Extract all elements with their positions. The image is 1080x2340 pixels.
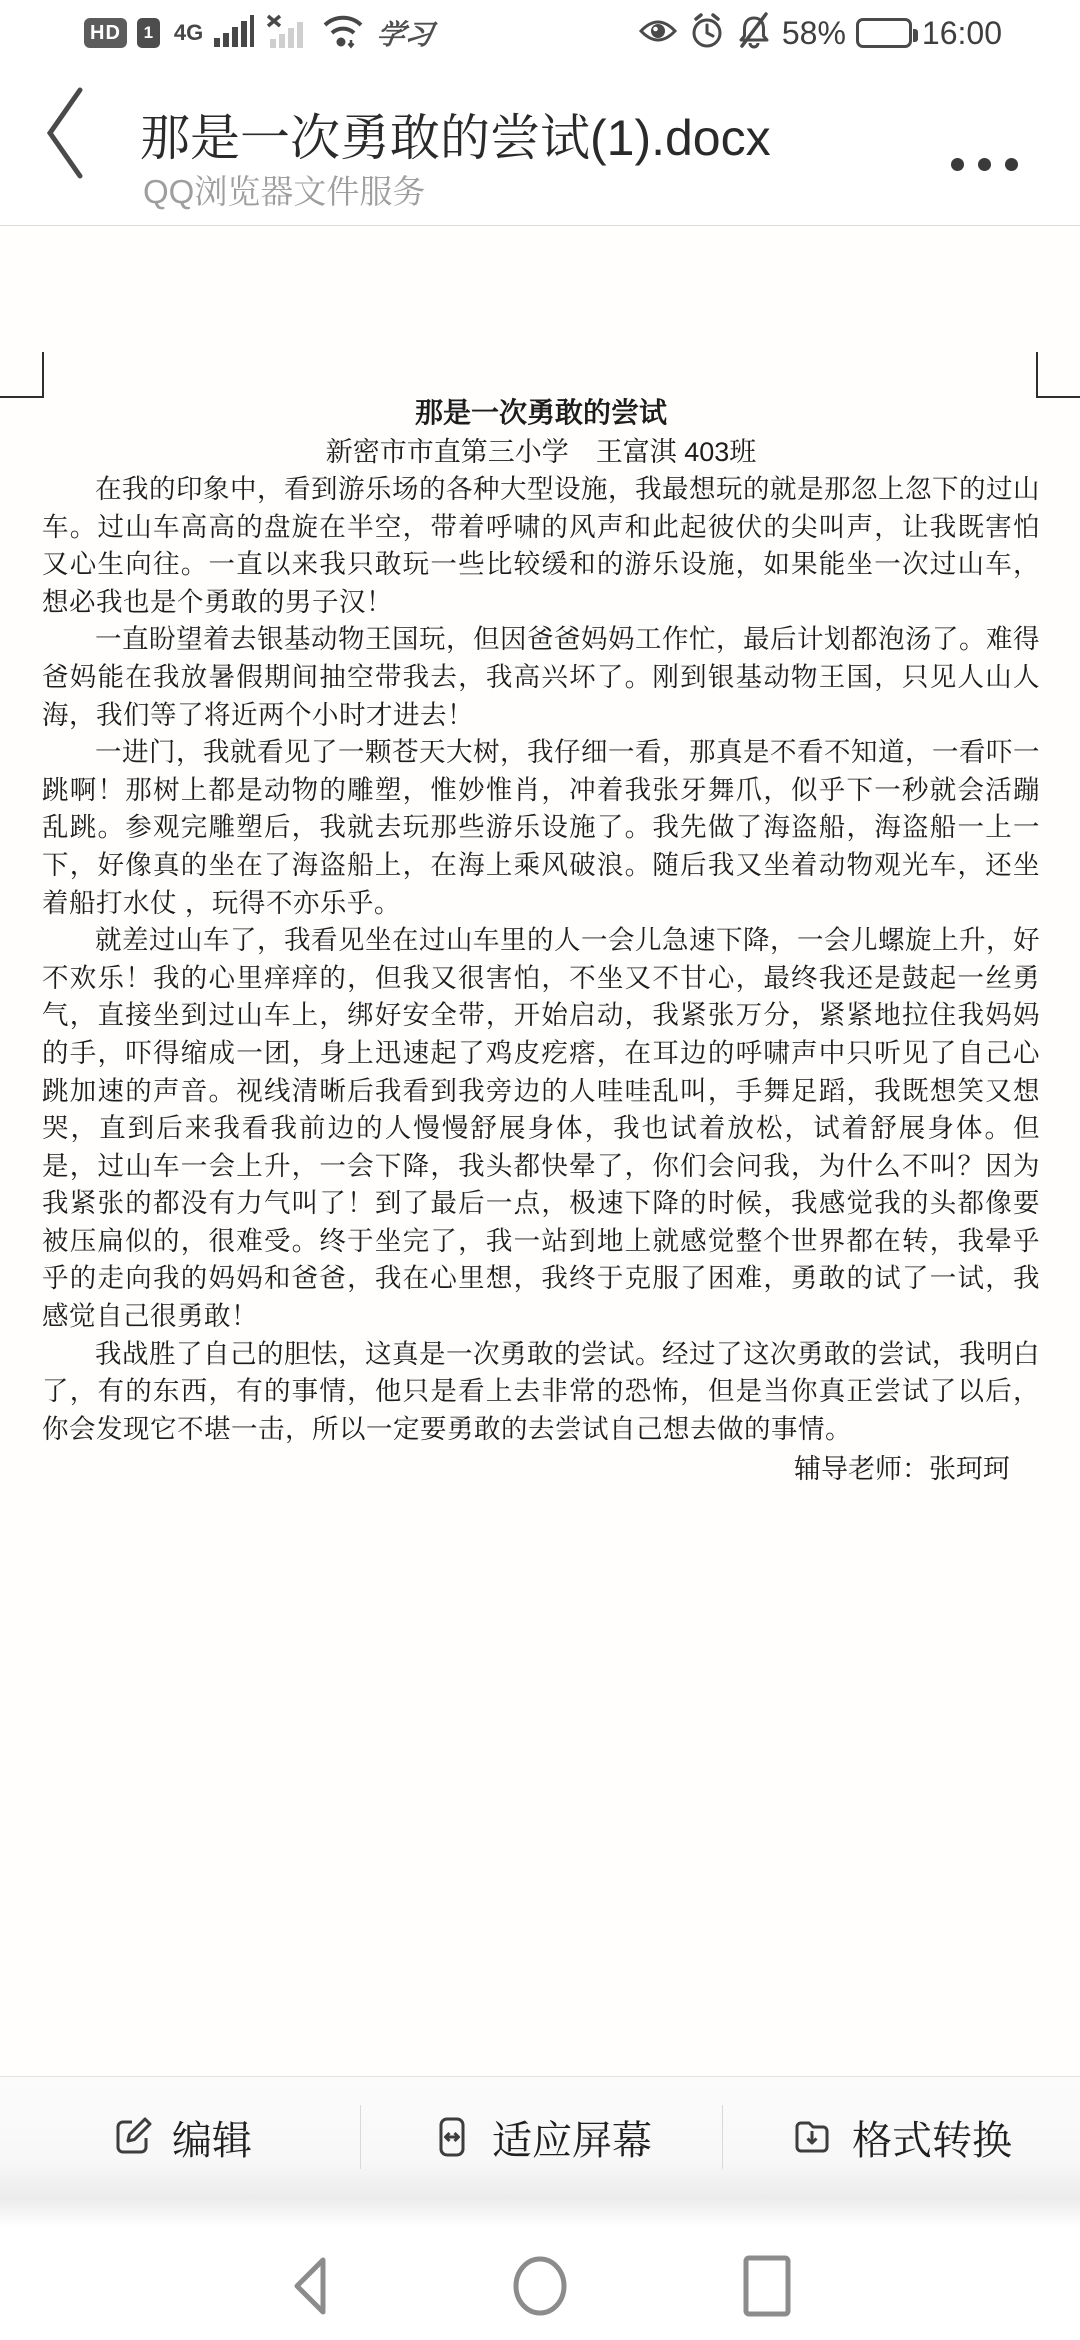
- phone-screen: HD 1 4G: [0, 0, 1080, 2340]
- page-corner-mark: [42, 352, 44, 398]
- eye-comfort-icon: [638, 17, 678, 50]
- edit-pencil-icon: [108, 2113, 156, 2161]
- file-title: 那是一次勇敢的尝试(1).docx: [140, 98, 771, 170]
- essay-title: 那是一次勇敢的尝试: [42, 393, 1040, 433]
- more-options-button[interactable]: [941, 148, 1028, 181]
- status-left-group: HD 1 4G: [84, 13, 433, 54]
- wifi-icon: [321, 13, 365, 54]
- hd-volte-icon: HD: [84, 18, 127, 48]
- essay-byline: 新密市市直第三小学 王富淇 403班: [42, 433, 1040, 471]
- document-text: 那是一次勇敢的尝试 新密市市直第三小学 王富淇 403班 在我的印象中，看到游乐…: [42, 393, 1040, 1490]
- essay-paragraph: 就差过山车了，我看见坐在过山车里的人一会儿急速下降，一会儿螺旋上升，好不欢乐！我…: [42, 922, 1040, 1336]
- signal-bars-sim1-icon: [213, 14, 255, 53]
- carrier-name-label: 学习: [374, 13, 436, 53]
- edit-button-label: 编辑: [172, 2109, 252, 2166]
- nav-back-button[interactable]: [265, 2243, 355, 2328]
- fit-screen-icon: [428, 2113, 476, 2161]
- format-convert-button-label: 格式转换: [852, 2109, 1012, 2166]
- fit-screen-button[interactable]: 适应屏幕: [360, 2077, 720, 2225]
- essay-paragraph: 在我的印象中，看到游乐场的各种大型设施，我最想玩的就是那忽上忽下的过山车。过山车…: [42, 471, 1040, 621]
- more-dot-icon: [951, 158, 964, 171]
- mute-bell-icon: [736, 12, 772, 55]
- file-viewer-header: 那是一次勇敢的尝试(1).docx QQ浏览器文件服务: [0, 62, 1080, 225]
- document-page[interactable]: 那是一次勇敢的尝试 新密市市直第三小学 王富淇 403班 在我的印象中，看到游乐…: [0, 226, 1080, 2076]
- status-bar: HD 1 4G: [0, 0, 1080, 62]
- more-dot-icon: [978, 158, 991, 171]
- file-source-subtitle: QQ浏览器文件服务: [143, 166, 425, 213]
- page-corner-mark: [1036, 396, 1080, 398]
- status-right-group: 58% 16:00: [638, 12, 1002, 55]
- system-navbar: [0, 2225, 1080, 2340]
- essay-paragraph: 我战胜了自己的胆怯，这真是一次勇敢的尝试。经过了这次勇敢的尝试，我明白了，有的东…: [42, 1336, 1040, 1449]
- sim1-icon: 1: [137, 18, 160, 48]
- page-corner-mark: [0, 396, 44, 398]
- network-type-label: 4G: [174, 20, 203, 46]
- toolbar-divider: [360, 2105, 361, 2169]
- fit-screen-button-label: 适应屏幕: [492, 2109, 652, 2166]
- document-toolbar: 编辑 适应屏幕 格式转换: [0, 2076, 1080, 2225]
- toolbar-divider: [722, 2105, 723, 2169]
- alarm-icon: [688, 12, 726, 55]
- essay-paragraph: 一直盼望着去银基动物王国玩，但因爸爸妈妈工作忙，最后计划都泡汤了。难得爸妈能在我…: [42, 621, 1040, 734]
- clock-label: 16:00: [922, 15, 1002, 52]
- essay-signature: 辅导老师：张珂珂: [42, 1448, 1040, 1490]
- edit-button[interactable]: 编辑: [0, 2077, 360, 2225]
- essay-paragraph: 一进门，我就看见了一颗苍天大树，我仔细一看，那真是不看不知道，一看吓一跳啊！那树…: [42, 734, 1040, 922]
- nav-recents-button[interactable]: [722, 2243, 812, 2328]
- signal-bars-sim2-no-signal-icon: [265, 13, 311, 54]
- format-convert-folder-icon: [788, 2113, 836, 2161]
- back-button[interactable]: [36, 78, 96, 188]
- page-corner-mark: [1036, 352, 1038, 398]
- format-convert-button[interactable]: 格式转换: [720, 2077, 1080, 2225]
- more-dot-icon: [1005, 158, 1018, 171]
- nav-home-button[interactable]: [495, 2243, 585, 2328]
- battery-percent-label: 58%: [782, 15, 846, 52]
- battery-icon: [856, 18, 912, 48]
